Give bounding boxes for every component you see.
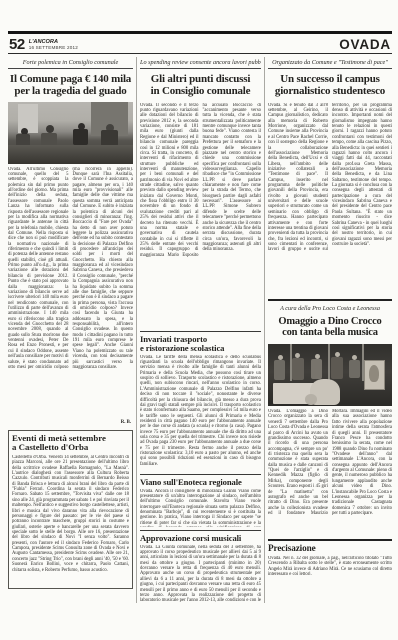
section-divider xyxy=(140,474,261,475)
page-header: 52 L'ANCORA 16 SETTEMBRE 2012 OVADA xyxy=(8,34,392,54)
issue-date: 16 SETTEMBRE 2012 xyxy=(29,45,78,50)
campus-body: Ovada. Si è tenuto dal 3 all'8 settembre… xyxy=(268,103,392,296)
invariati-body: Ovada. Le tariffe della mensa scolastica… xyxy=(140,355,261,471)
column-right: Organizzato da Comune e "Testimone di pa… xyxy=(264,57,392,603)
section-divider xyxy=(140,331,261,332)
consiglio-body: Ovada. Il secondo e il terzo punto rigua… xyxy=(140,103,261,328)
eventi-headline: Eventi di metà settembre a Castelletto d… xyxy=(12,434,129,455)
column-layout: Forte polemica in Consiglio comunale Il … xyxy=(8,57,392,603)
column-middle: Lo spending review consente ancora lavor… xyxy=(136,57,264,603)
tribute-night-photo xyxy=(268,344,392,406)
eventi-body: Castelletto d'Orba. Venerdì 14 settembre… xyxy=(12,455,129,585)
section-name: OVADA xyxy=(339,39,391,51)
photo-detail xyxy=(8,145,133,164)
page-content: 52 L'ANCORA 16 SETTEMBRE 2012 OVADA Fort… xyxy=(8,31,392,603)
corsi-headline: Approvazione corsi musicali xyxy=(140,533,261,545)
omaggio-body: Ovada. L'omaggio a Dino Crocco organizza… xyxy=(268,409,392,535)
consiglio-headline: Gli altri punti discussi in Consiglio co… xyxy=(140,69,261,101)
section-divider xyxy=(268,299,392,301)
invariati-headline: Invariati trasporto e ristorazione scola… xyxy=(140,334,261,355)
scooter xyxy=(310,379,340,405)
eventi-box: Eventi di metà settembre a Castelletto d… xyxy=(8,430,133,589)
consiglio-kicker: Lo spending review consente ancora lavor… xyxy=(140,57,261,69)
guado-body: Ovada. All'ultimo Consiglio comunale, qu… xyxy=(8,167,133,425)
omaggio-headline: Omaggio a Dino Crocco con tanta bella mu… xyxy=(268,312,392,343)
page-number: 52 xyxy=(9,38,25,51)
column-left: Forte polemica in Consiglio comunale Il … xyxy=(8,57,136,603)
masthead-stack: L'ANCORA 16 SETTEMBRE 2012 xyxy=(29,40,78,51)
guado-headline: Il Comune paga € 140 mila per la tragedi… xyxy=(8,69,133,101)
campus-headline: Un successo il campus giornalistico stud… xyxy=(268,69,392,101)
guado-kicker: Forte polemica in Consiglio comunale xyxy=(8,57,133,69)
precisazione-body: Ovada. Nel n. 32 del giornale, a pag., n… xyxy=(268,556,392,580)
section-divider xyxy=(268,539,392,541)
viano-headline: Viano sull'Enoteca regionale xyxy=(140,477,261,489)
guado-signature: R. B. xyxy=(118,420,131,425)
corsi-body: Ovada. La Giunta comunale, nella seduta … xyxy=(140,545,261,603)
section-divider xyxy=(140,530,261,531)
portrait-painting xyxy=(364,360,385,389)
newspaper-page: 52 L'ANCORA 16 SETTEMBRE 2012 OVADA Fort… xyxy=(0,0,398,640)
masthead-left: 52 L'ANCORA 16 SETTEMBRE 2012 xyxy=(9,38,78,51)
guado-body-wrap: Ovada. All'ultimo Consiglio comunale, qu… xyxy=(8,167,133,425)
precisazione-headline: Precisazione xyxy=(268,543,392,556)
campus-kicker: Organizzato da Comune e "Testimone di pa… xyxy=(268,57,392,69)
omaggio-kicker: A cura della Pro Loco Costa e Leonessa xyxy=(268,303,392,312)
viano-body: Ovada. Ancora il consigliere di minoranz… xyxy=(140,489,261,527)
council-meeting-photo xyxy=(8,102,133,164)
